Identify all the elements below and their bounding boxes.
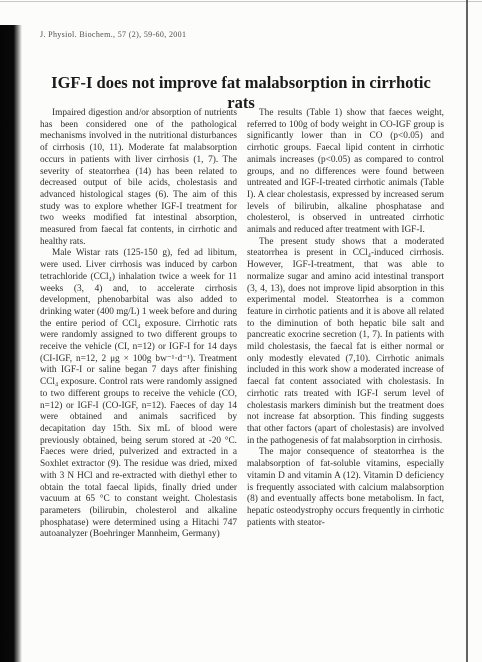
paragraph: The results (Table 1) show that faeces w… [247,108,444,237]
scan-edge-shadow-left [0,25,22,662]
text-column-right: The results (Table 1) show that faeces w… [247,108,444,590]
two-column-body: Impaired digestion and/or absorption of … [40,108,444,590]
scan-edge-line-right [466,0,468,662]
journal-citation: J. Physiol. Biochem., 57 (2), 59-60, 200… [40,30,186,39]
scanned-page: J. Physiol. Biochem., 57 (2), 59-60, 200… [0,0,482,662]
text-column-left: Impaired digestion and/or absorption of … [40,108,237,590]
paragraph: The major consequence of steatorrhea is … [247,447,444,529]
paragraph: The present study shows that a moderated… [247,237,444,448]
paragraph: Male Wistar rats (125-150 g), fed ad lib… [40,248,237,541]
paragraph: Impaired digestion and/or absorption of … [40,108,237,248]
scan-edge-line-top [0,1,482,2]
